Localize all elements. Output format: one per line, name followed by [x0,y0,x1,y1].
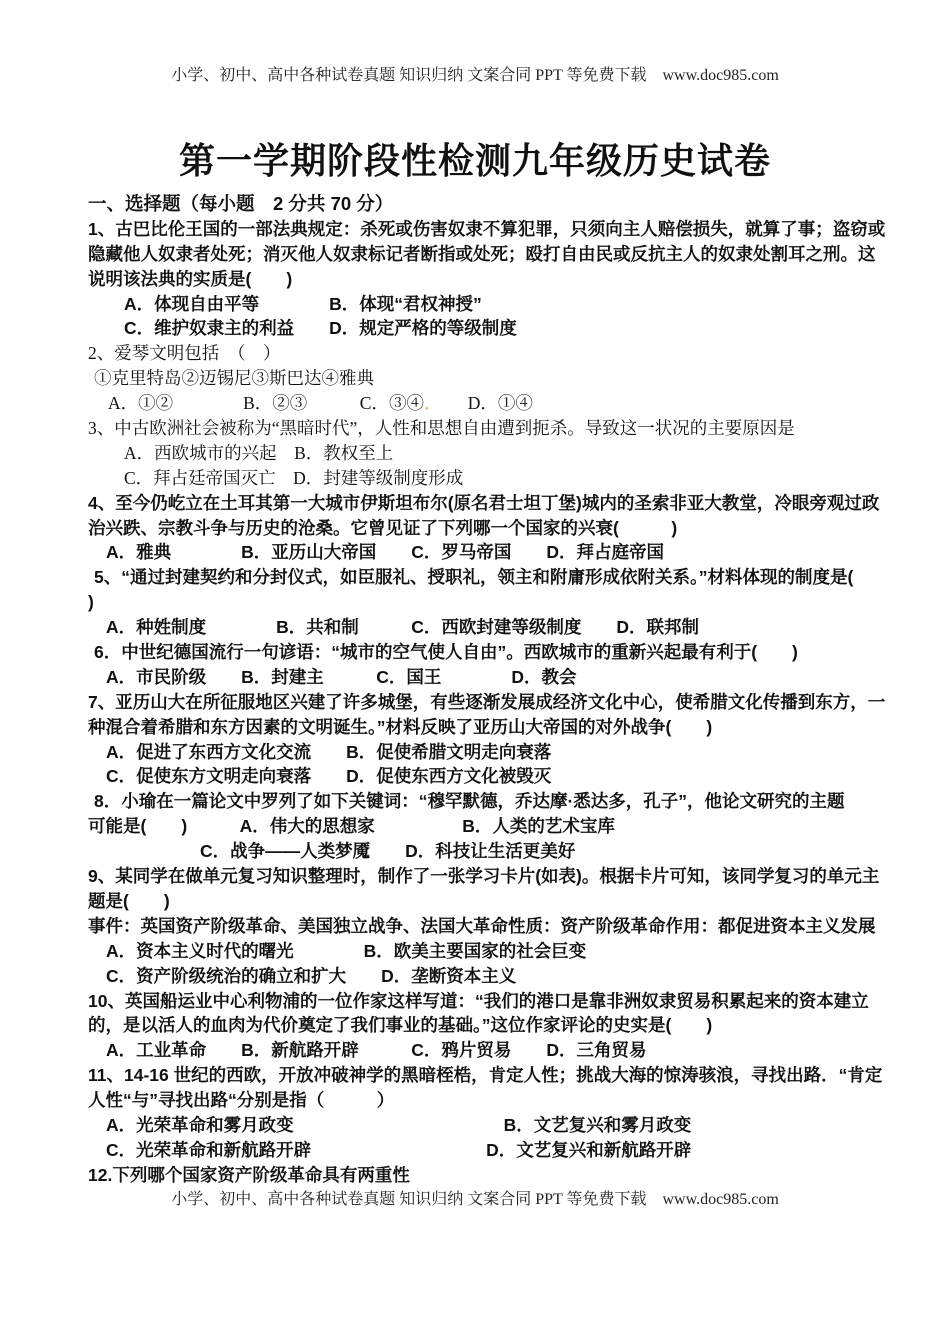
q11-text-line-1: 11、14-16 世纪的西欧，开放冲破神学的黑暗桎梏，肯定人性；挑战大海的惊涛骇… [88,1063,862,1088]
page-footer-watermark: 小学、初中、高中各种试卷真题 知识归纳 文案合同 PPT 等免费下载 www.d… [0,1190,950,1210]
q3-option-row-1: A．西欧城市的兴起 B．教权至上 [88,441,862,466]
q1-option-row-1: A．体现自由平等 B．体现“君权神授” [88,292,862,317]
q2-option-row: A．①② B．②③ C．③④． D．①④ [88,391,862,416]
exam-page: 小学、初中、高中各种试卷真题 知识归纳 文案合同 PPT 等免费下载 www.d… [0,0,950,1344]
q9-text-line-1: 9、某同学在做单元复习知识整理时，制作了一张学习卡片(如表)。根据卡片可知，该同… [88,864,862,889]
q1-option-row-2: C．维护奴隶主的利益 D．规定严格的等级制度 [88,316,862,341]
q9-text-line-2: 题是( ) [88,889,862,914]
page-title: 第一学期阶段性检测九年级历史试卷 [0,138,950,184]
q7-text-line-2: 种混合着希腊和东方因素的文明诞生。”材料反映了亚历山大帝国的对外战争( ) [88,715,862,740]
q1-text-line-3: 说明该法典的实质是( ) [88,267,862,292]
q5-text-line-2: ) [88,590,862,615]
q2-options-post: D．①④ [433,393,533,413]
q11-text-line-2: 人性“与”寻找出路“分别是指（ ） [88,1088,862,1113]
q2-text-line-2: ①克里特岛②迈锡尼③斯巴达④雅典 [88,366,862,391]
q11-option-row-2: C．光荣革命和新航路开辟 D．文艺复兴和新航路开辟 [88,1138,862,1163]
q8-text-line-1: 8．小瑜在一篇论文中罗列了如下关键词：“穆罕默德，乔达摩·悉达多，孔子”，他论文… [88,789,862,814]
q3-option-row-2: C．拜占廷帝国灭亡 D．封建等级制度形成 [88,466,862,491]
q4-text-line-1: 4、至今仍屹立在土耳其第一大城市伊斯坦布尔(原名君士坦丁堡)城内的圣索非亚大教堂… [88,491,862,516]
q7-option-row-1: A．促进了东西方文化交流 B．促使希腊文明走向衰落 [88,740,862,765]
q1-text-line-2: 隐藏他人奴隶者处死；消灭他人奴隶标记者断指或处死；殴打自由民或反抗主人的奴隶处割… [88,242,862,267]
q10-option-row: A．工业革命 B．新航路开辟 C．鸦片贸易 D．三角贸易 [88,1038,862,1063]
q2-options-pre: A．①② B．②③ C．③④ [108,393,424,413]
section-heading: 一、选择题（每小题 2 分共 70 分） [88,192,862,217]
q8-option-row-1: 可能是( ) A．伟大的思想家 B．人类的艺术宝库 [88,814,862,839]
q9-option-row-1: A．资本主义时代的曙光 B．欧美主要国家的社会巨变 [88,939,862,964]
q11-option-row-1: A．光荣革命和雾月政变 B．文艺复兴和雾月政变 [88,1113,862,1138]
q1-text-line-1: 1、古巴比伦王国的一部法典规定：杀死或伤害奴隶不算犯罪，只须向主人赔偿损失，就算… [88,217,862,242]
q5-option-row: A．种姓制度 B．共和制 C．西欧封建等级制度 D．联邦制 [88,615,862,640]
q4-text-line-2: 治兴跌、宗教斗争与历史的沧桑。它曾见证了下列哪一个国家的兴衰( ) [88,516,862,541]
q7-text-line-1: 7、亚历山大在所征服地区兴建了许多城堡，有些逐渐发展成经济文化中心，使希腊文化传… [88,690,862,715]
exam-body: 一、选择题（每小题 2 分共 70 分） 1、古巴比伦王国的一部法典规定：杀死或… [88,192,862,1188]
q6-text-line-1: 6．中世纪德国流行一句谚语：“城市的空气使人自由”。西欧城市的重新兴起最有利于(… [88,640,862,665]
q12-text-line-1: 12.下列哪个国家资产阶级革命具有两重性 [88,1163,862,1188]
q9-card-line: 事件：英国资产阶级革命、美国独立战争、法国大革命性质：资产阶级革命作用：都促进资… [88,914,862,939]
q4-option-row: A．雅典 B．亚历山大帝国 C．罗马帝国 D．拜占庭帝国 [88,540,862,565]
q8-option-row-2: C．战争——人类梦魇 D．科技让生活更美好 [88,839,862,864]
q5-text-line-1: 5、“通过封建契约和分封仪式，如臣服礼、授职礼，领主和附庸形成依附关系。”材料体… [88,565,862,590]
q10-text-line-2: 的，是以活人的血肉为代价奠定了我们事业的基础。”这位作家评论的史实是( ) [88,1013,862,1038]
q10-text-line-1: 10、英国船运业中心利物浦的一位作家这样写道：“我们的港口是靠非洲奴隶贸易积累起… [88,989,862,1014]
q2-orange-period: ． [424,393,433,413]
q3-text-line-1: 3、中古欧洲社会被称为“黑暗时代”，人性和思想自由遭到扼杀。导致这一状况的主要原… [88,416,862,441]
page-header-watermark: 小学、初中、高中各种试卷真题 知识归纳 文案合同 PPT 等免费下载 www.d… [0,0,950,86]
q7-option-row-2: C．促使东方文明走向衰落 D．促使东西方文化被毁灭 [88,764,862,789]
q9-option-row-2: C．资产阶级统治的确立和扩大 D．垄断资本主义 [88,964,862,989]
q6-option-row: A．市民阶级 B．封建主 C．国王 D．教会 [88,665,862,690]
q2-text-line-1: 2、爱琴文明包括 （ ） [88,341,862,366]
